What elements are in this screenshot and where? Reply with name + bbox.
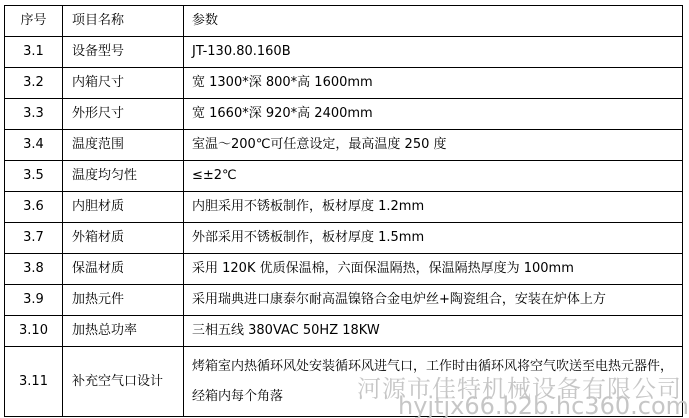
parameter-cell: JT-130.80.160B (184, 37, 683, 68)
parameter-cell: 内胆采用不锈板制作，板材厚度 1.2mm (184, 192, 683, 223)
item-name-cell: 加热元件 (63, 285, 184, 316)
table-row: 3.5 温度均匀性 ≤±2℃ (5, 161, 683, 192)
serial-cell: 3.10 (5, 316, 63, 347)
parameter-cell: 三相五线 380VAC 50HZ 18KW (184, 316, 683, 347)
table-row: 3.2 内箱尺寸 宽 1300*深 800*高 1600mm (5, 68, 683, 99)
serial-cell: 3.8 (5, 254, 63, 285)
item-name-cell: 外箱材质 (63, 223, 184, 254)
table-row: 3.10 加热总功率 三相五线 380VAC 50HZ 18KW (5, 316, 683, 347)
table-row: 3.1 设备型号 JT-130.80.160B (5, 37, 683, 68)
parameter-cell: 宽 1300*深 800*高 1600mm (184, 68, 683, 99)
table-row: 3.9 加热元件 采用瑞典进口康泰尔耐高温镍铬合金电炉丝+陶瓷组合，安装在炉体上… (5, 285, 683, 316)
serial-cell: 3.2 (5, 68, 63, 99)
item-name-cell: 温度范围 (63, 130, 184, 161)
header-serial: 序号 (5, 6, 63, 37)
item-name-cell: 内胆材质 (63, 192, 184, 223)
table-header-row: 序号 项目名称 参数 (5, 6, 683, 37)
parameter-cell: 宽 1660*深 920*高 2400mm (184, 99, 683, 130)
serial-cell: 3.4 (5, 130, 63, 161)
item-name-cell: 补充空气口设计 (63, 347, 184, 417)
serial-cell: 3.9 (5, 285, 63, 316)
parameter-cell: 室温～200℃可任意设定，最高温度 250 度 (184, 130, 683, 161)
parameter-cell: 烤箱室内热循环风处安装循环风进气口，工作时由循环风将空气吹送至电热元器件，经箱内… (184, 347, 683, 417)
table-row: 3.3 外形尺寸 宽 1660*深 920*高 2400mm (5, 99, 683, 130)
table-row: 3.4 温度范围 室温～200℃可任意设定，最高温度 250 度 (5, 130, 683, 161)
parameter-cell: ≤±2℃ (184, 161, 683, 192)
parameter-cell: 外部采用不锈板制作，板材厚度 1.5mm (184, 223, 683, 254)
item-name-cell: 内箱尺寸 (63, 68, 184, 99)
spec-table: 序号 项目名称 参数 3.1 设备型号 JT-130.80.160B 3.2 内… (4, 5, 683, 417)
item-name-cell: 温度均匀性 (63, 161, 184, 192)
serial-cell: 3.1 (5, 37, 63, 68)
serial-cell: 3.7 (5, 223, 63, 254)
serial-cell: 3.3 (5, 99, 63, 130)
item-name-cell: 外形尺寸 (63, 99, 184, 130)
serial-cell: 3.6 (5, 192, 63, 223)
table-row: 3.7 外箱材质 外部采用不锈板制作，板材厚度 1.5mm (5, 223, 683, 254)
serial-cell: 3.11 (5, 347, 63, 417)
header-parameter: 参数 (184, 6, 683, 37)
table-row: 3.8 保温材质 采用 120K 优质保温棉，六面保温隔热，保温隔热厚度为 10… (5, 254, 683, 285)
spec-sheet: 序号 项目名称 参数 3.1 设备型号 JT-130.80.160B 3.2 内… (0, 0, 689, 418)
item-name-cell: 加热总功率 (63, 316, 184, 347)
parameter-cell: 采用瑞典进口康泰尔耐高温镍铬合金电炉丝+陶瓷组合，安装在炉体上方 (184, 285, 683, 316)
item-name-cell: 保温材质 (63, 254, 184, 285)
table-row: 3.6 内胆材质 内胆采用不锈板制作，板材厚度 1.2mm (5, 192, 683, 223)
table-row: 3.11 补充空气口设计 烤箱室内热循环风处安装循环风进气口，工作时由循环风将空… (5, 347, 683, 417)
parameter-cell: 采用 120K 优质保温棉，六面保温隔热，保温隔热厚度为 100mm (184, 254, 683, 285)
serial-cell: 3.5 (5, 161, 63, 192)
header-item-name: 项目名称 (63, 6, 184, 37)
item-name-cell: 设备型号 (63, 37, 184, 68)
